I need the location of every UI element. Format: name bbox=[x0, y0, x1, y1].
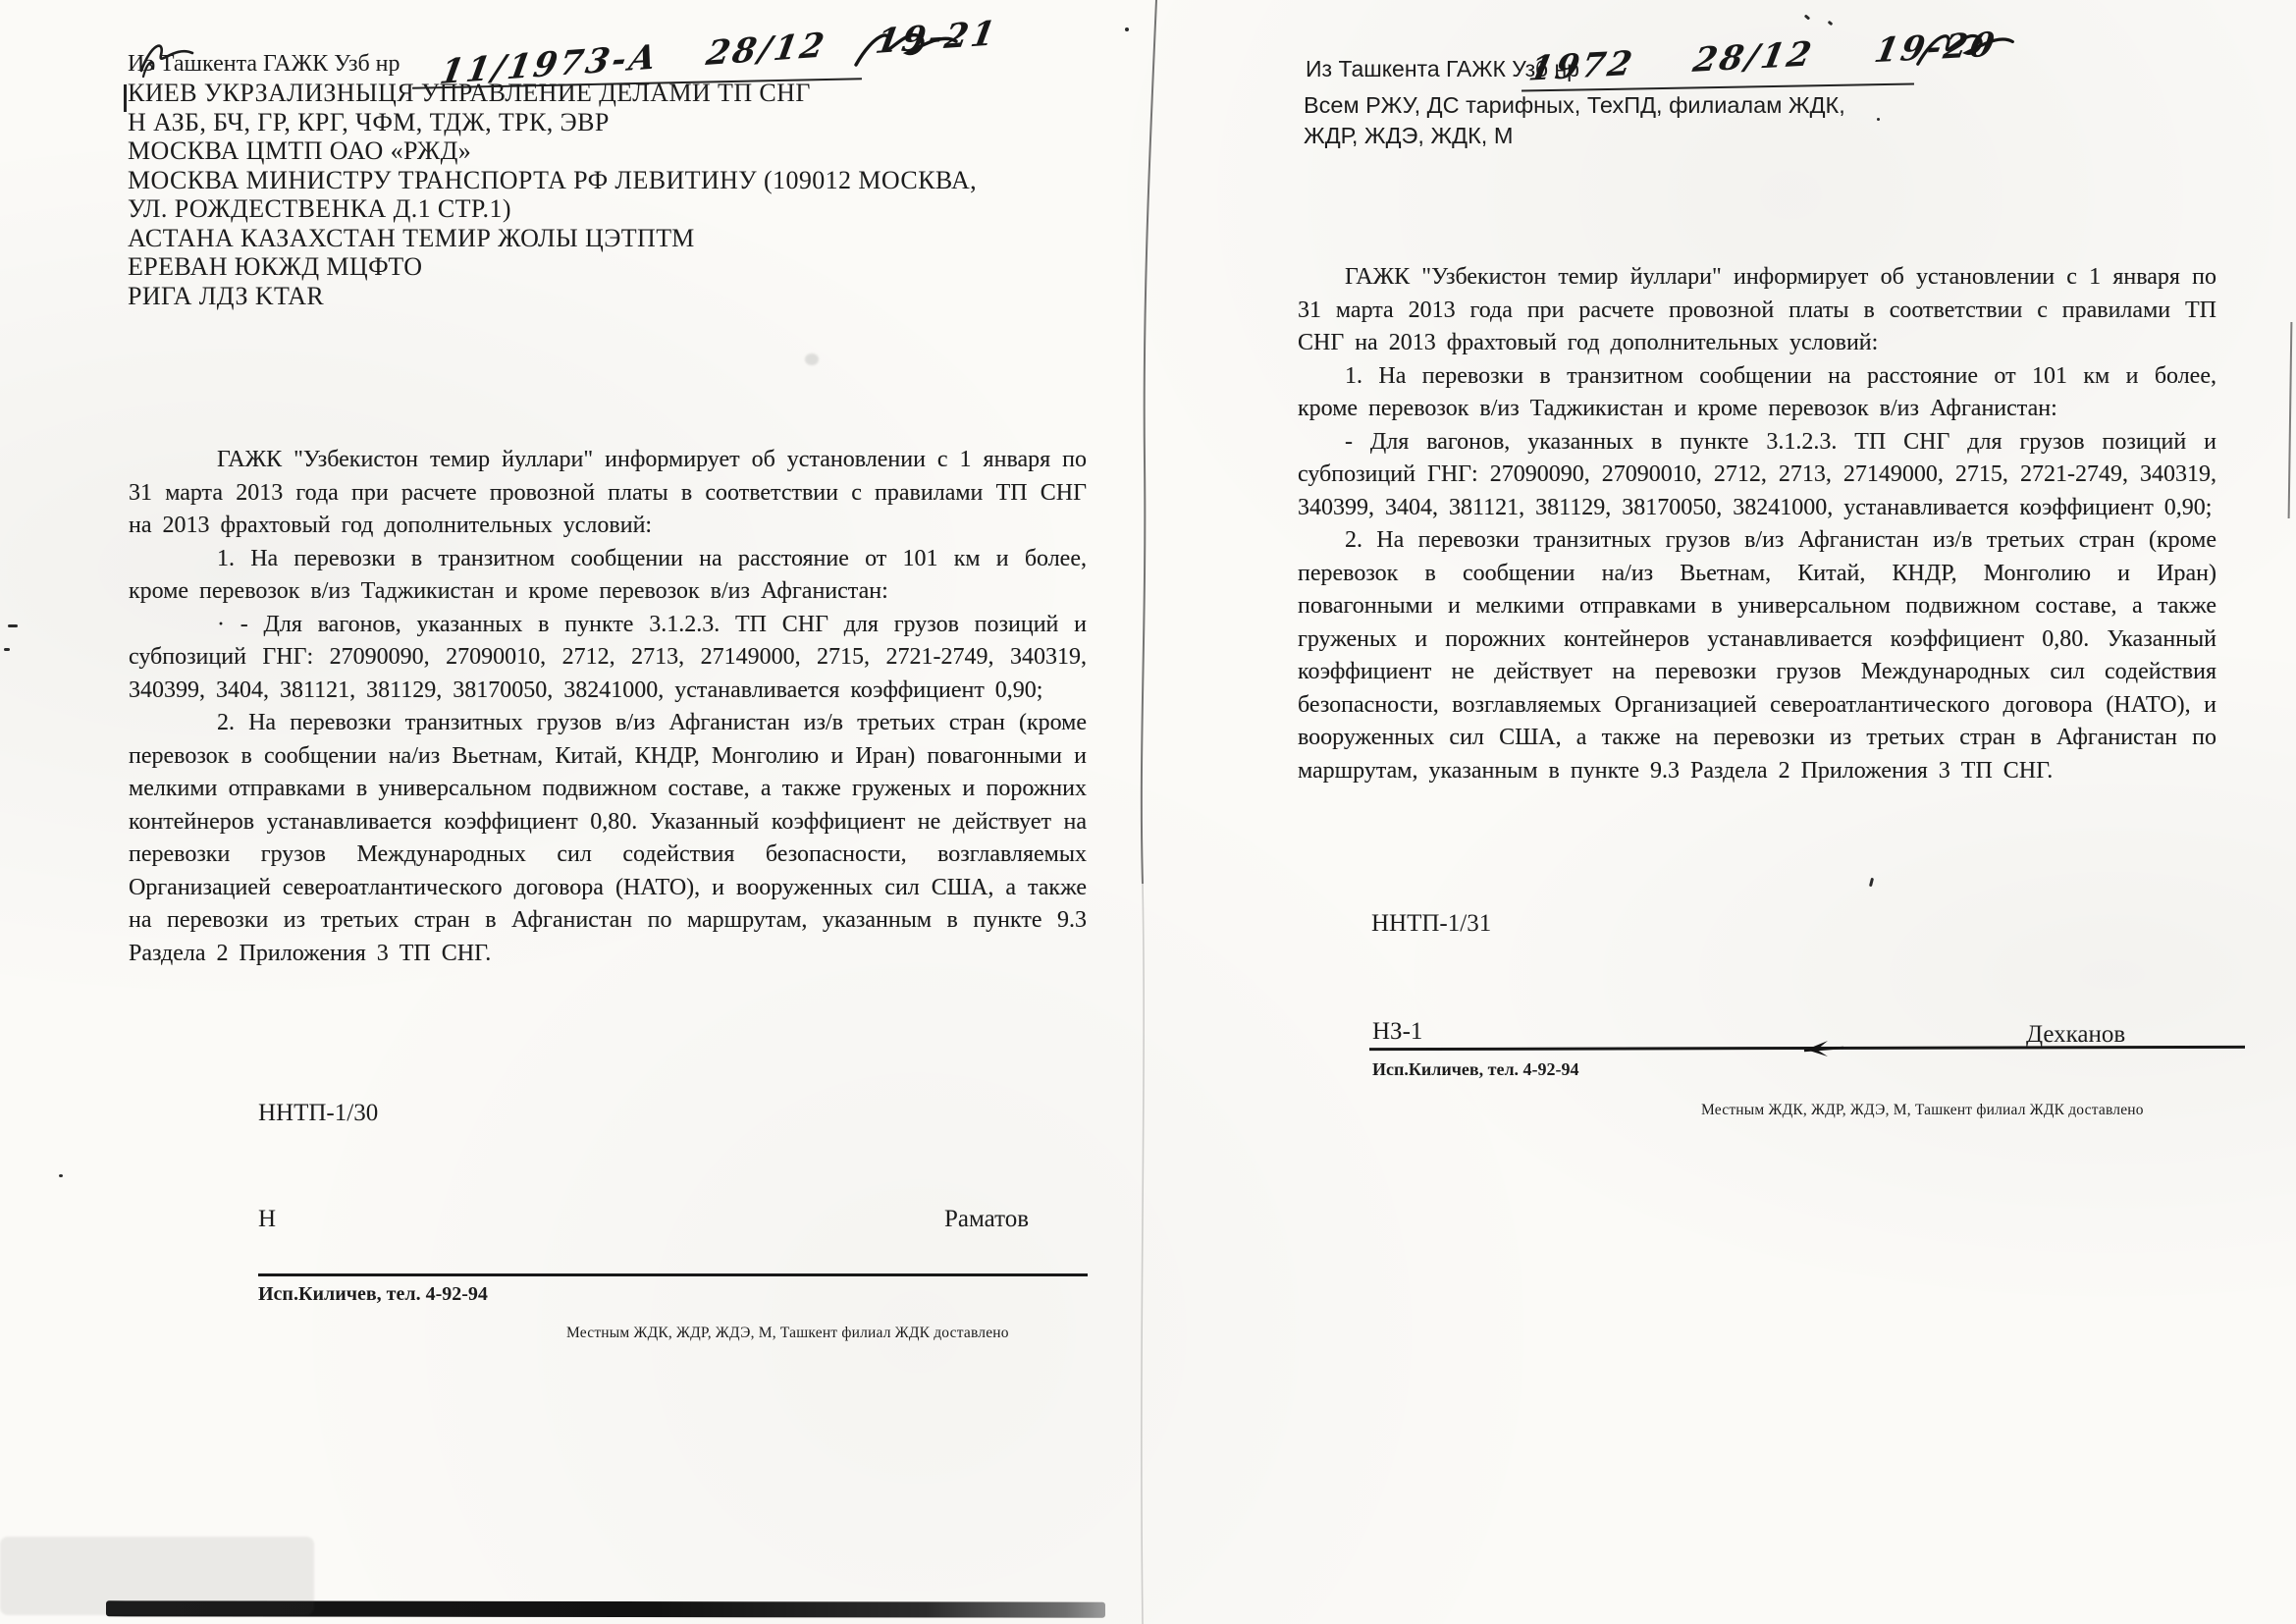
body-paragraph: 2. На перевозки транзитных грузов в/из А… bbox=[1298, 524, 2216, 787]
recipient-line: РИГА ЛДЗ KTAR bbox=[128, 282, 977, 311]
scanner-noise-band bbox=[0, 1537, 314, 1615]
body-paragraph: 2. На перевозки транзитных грузов в/из А… bbox=[129, 707, 1087, 970]
ink-scribble-icon bbox=[135, 33, 206, 81]
recipient-block: Всем РЖУ, ДС тарифных, ТехПД, филиалам Ж… bbox=[1304, 90, 1845, 151]
signature-rule bbox=[258, 1273, 1088, 1276]
reference-number: ННТП-1/30 bbox=[258, 1100, 378, 1127]
scan-edge-dash bbox=[2288, 322, 2293, 518]
body-paragraph: - Для вагонов, указанных в пункте 3.1.2.… bbox=[1298, 426, 2216, 525]
signer-position: НЗ-1 bbox=[1372, 1018, 1422, 1046]
letter-body: ГАЖК "Узбекистон темир йуллари" информир… bbox=[1298, 261, 2216, 787]
recipient-block: КИЕВ УКРЗАЛИЗНЫЦЯ УПРАВЛЕНИЕ ДЕЛАМИ ТП С… bbox=[128, 79, 977, 310]
reference-number: ННТП-1/31 bbox=[1371, 910, 1491, 938]
recipient-line: Н АЗБ, БЧ, ГР, КРГ, ЧФМ, ТДЖ, ТРК, ЭВР bbox=[128, 108, 977, 137]
handwritten-date: 28/12 bbox=[1690, 34, 1818, 81]
signer-name: Раматов bbox=[944, 1206, 1029, 1233]
handwritten-number: 1972 bbox=[1525, 44, 1637, 89]
recipient-line: Всем РЖУ, ДС тарифных, ТехПД, филиалам Ж… bbox=[1304, 90, 1845, 121]
body-paragraph: 1. На перевозки в транзитном сообщении н… bbox=[129, 543, 1087, 609]
signature-flourish-icon bbox=[852, 24, 962, 77]
ink-speck bbox=[8, 624, 18, 627]
signer-name: Дехканов bbox=[2026, 1021, 2125, 1049]
handwritten-date: 28/12 bbox=[703, 26, 829, 74]
ink-bowtie-mark bbox=[1804, 1038, 1843, 1059]
recipient-line: УЛ. РОЖДЕСТВЕНКА Д.1 СТР.1) bbox=[128, 194, 977, 224]
executor-note: Исп.Киличев, тел. 4-92-94 bbox=[1372, 1059, 1579, 1080]
body-paragraph: ГАЖК "Узбекистон темир йуллари" информир… bbox=[1298, 261, 2216, 360]
margin-tick bbox=[124, 84, 127, 112]
ink-speck bbox=[1869, 878, 1874, 887]
page-left: Из Ташкента ГАЖК Узб нр 11/1973-А 28/12 … bbox=[0, 0, 1129, 1624]
pencil-smudge bbox=[805, 353, 819, 365]
ink-speck bbox=[1125, 27, 1129, 31]
recipient-line: ЖДР, ЖДЭ, ЖДК, М bbox=[1304, 121, 1845, 151]
body-paragraph: ГАЖК "Узбекистон темир йуллари" информир… bbox=[129, 444, 1087, 543]
ink-speck bbox=[4, 648, 10, 651]
executor-note: Исп.Киличев, тел. 4-92-94 bbox=[258, 1283, 488, 1306]
page-fold-divider bbox=[1109, 0, 1188, 1624]
page-right: Из Ташкента ГАЖК Узб нр 1972 28/12 19-20… bbox=[1129, 0, 2296, 1624]
delivery-note: Местным ЖДК, ЖДР, ЖДЭ, М, Ташкент филиал… bbox=[1701, 1102, 2144, 1119]
signer-position: Н bbox=[258, 1206, 276, 1233]
delivery-note: Местным ЖДК, ЖДР, ЖДЭ, М, Ташкент филиал… bbox=[566, 1325, 1009, 1342]
ink-speck bbox=[59, 1174, 63, 1177]
ink-speck bbox=[1828, 21, 1834, 27]
ink-speck bbox=[1877, 118, 1880, 121]
letter-body: ГАЖК "Узбекистон темир йуллари" информир… bbox=[129, 444, 1087, 970]
body-paragraph: · - Для вагонов, указанных в пункте 3.1.… bbox=[129, 609, 1087, 708]
scanned-telegram-sheet: Из Ташкента ГАЖК Узб нр 11/1973-А 28/12 … bbox=[0, 0, 2296, 1624]
signature-flourish-icon bbox=[1914, 24, 2018, 77]
recipient-line: МОСКВА ЦМТП ОАО «РЖД» bbox=[128, 136, 977, 166]
recipient-line: ЕРЕВАН ЮКЖД МЦФТО bbox=[128, 252, 977, 282]
recipient-line: КИЕВ УКРЗАЛИЗНЫЦЯ УПРАВЛЕНИЕ ДЕЛАМИ ТП С… bbox=[128, 79, 977, 108]
recipient-line: МОСКВА МИНИСТРУ ТРАНСПОРТА РФ ЛЕВИТИНУ (… bbox=[128, 166, 977, 195]
recipient-line: АСТАНА КАЗАХСТАН ТЕМИР ЖОЛЫ ЦЭТПТМ bbox=[128, 224, 977, 253]
ink-speck bbox=[1804, 14, 1811, 20]
body-paragraph: 1. На перевозки в транзитном сообщении н… bbox=[1298, 360, 2216, 426]
